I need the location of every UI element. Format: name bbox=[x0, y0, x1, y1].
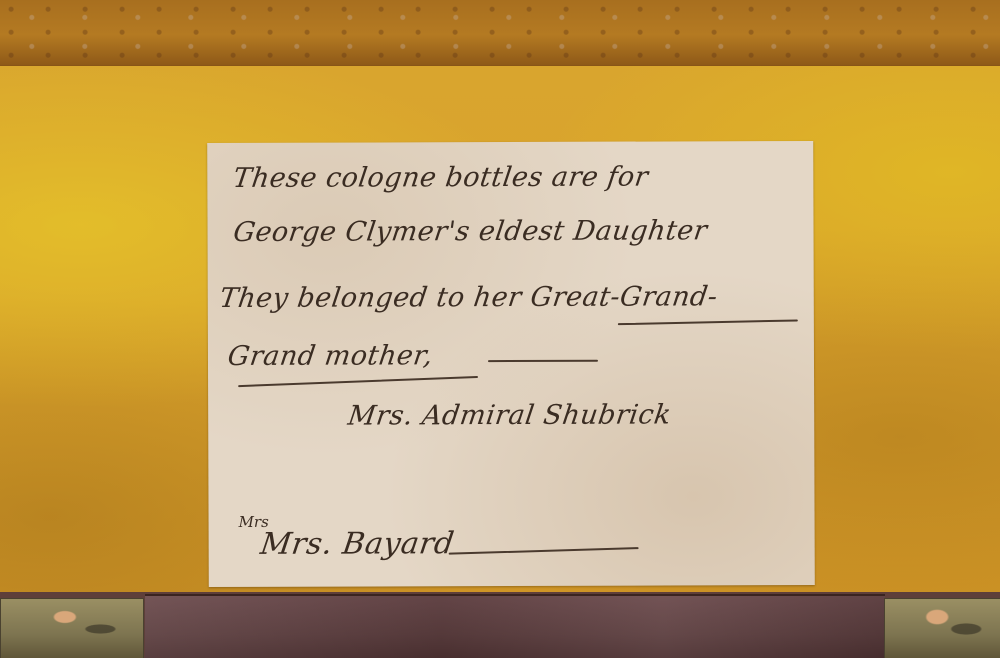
ink-underline bbox=[618, 319, 798, 325]
ink-dash bbox=[488, 360, 598, 362]
note-line-2: George Clymer's eldest Daughter bbox=[231, 215, 709, 248]
signature-flourish bbox=[449, 547, 639, 555]
brass-hinge-left bbox=[0, 598, 144, 658]
photo-scene: These cologne bottles are for George Cly… bbox=[0, 0, 1000, 658]
handwritten-note-card: These cologne bottles are for George Cly… bbox=[207, 141, 815, 587]
note-line-3: They belonged to her Great-Grand- bbox=[218, 281, 720, 314]
note-line-1: These cologne bottles are for bbox=[231, 162, 650, 194]
ink-underline bbox=[238, 376, 478, 387]
signature: Mrs. Bayard bbox=[258, 526, 456, 562]
note-line-5: Mrs. Admiral Shubrick bbox=[346, 399, 673, 431]
note-line-4: Grand mother, bbox=[226, 340, 435, 372]
box-lid-edge bbox=[0, 0, 1000, 70]
rosewood-front-panel bbox=[145, 594, 885, 658]
brass-hinge-right bbox=[884, 598, 1000, 658]
